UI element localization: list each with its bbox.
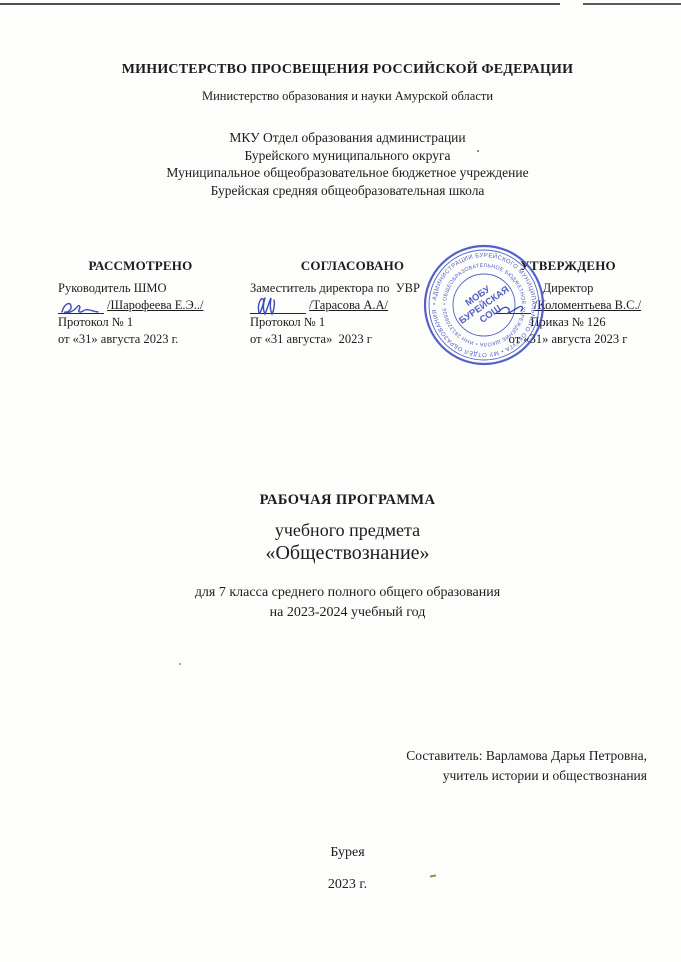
organization-line: Бурейского муниципального округа [28, 147, 667, 165]
document-page: МИНИСТЕРСТВО ПРОСВЕЩЕНИЯ РОССИЙСКОЙ ФЕДЕ… [0, 0, 681, 962]
signature-ink-icon [60, 298, 104, 316]
approval-signature-name: /Тарасова А.А/ [309, 297, 388, 314]
footer-year: 2023 г. [28, 877, 667, 893]
signature-row: /Шарофеева Е.Э../ [58, 297, 223, 314]
program-subtitle-subject: учебного предмета [28, 520, 667, 541]
signature-ink-icon [252, 294, 280, 316]
approval-title: РАССМОТРЕНО [58, 257, 223, 275]
organization-block: МКУ Отдел образования администрации Буре… [28, 129, 667, 199]
organization-line: Муниципальное общеобразовательное бюджет… [28, 164, 667, 182]
approval-role: Руководитель ШМО [58, 280, 223, 297]
author-name-line: Составитель: Варламова Дарья Петровна, [406, 746, 647, 766]
ministry-heading: МИНИСТЕРСТВО ПРОСВЕЩЕНИЯ РОССИЙСКОЙ ФЕДЕ… [28, 62, 667, 78]
signature-line [58, 299, 104, 314]
approval-block-reviewed: РАССМОТРЕНО Руководитель ШМО /Шарофеева … [58, 257, 223, 348]
program-grade-line: для 7 класса среднего полного общего обр… [28, 585, 667, 601]
regional-ministry-line: Министерство образования и науки Амурско… [28, 89, 667, 104]
program-subject-name: «Обществознание» [28, 542, 667, 565]
approval-date: от «31» августа 2023 г. [58, 331, 223, 348]
scan-speck [477, 150, 479, 152]
organization-line: МКУ Отдел образования администрации [28, 129, 667, 147]
scan-artifact-line [583, 3, 681, 5]
program-school-year-line: на 2023-2024 учебный год [28, 605, 667, 621]
organization-line: Бурейская средняя общеобразовательная шк… [28, 182, 667, 200]
approval-signature-name: /Коломентьева В.С./ [534, 297, 641, 314]
footer-city: Бурея [28, 845, 667, 861]
scan-speck [179, 663, 181, 665]
school-round-stamp-icon: • АДМИНИСТРАЦИИ БУРЕЙСКОГО МУНИЦИПАЛЬНОГ… [421, 242, 547, 368]
approval-doc: Протокол № 1 [58, 314, 223, 331]
author-position-line: учитель истории и обществознания [406, 766, 647, 786]
signature-line [250, 299, 306, 314]
approval-signature-name: /Шарофеева Е.Э../ [107, 297, 203, 314]
author-block: Составитель: Варламова Дарья Петровна, у… [406, 746, 647, 786]
scan-artifact-line [0, 3, 560, 5]
program-title: РАБОЧАЯ ПРОГРАММА [28, 492, 667, 509]
